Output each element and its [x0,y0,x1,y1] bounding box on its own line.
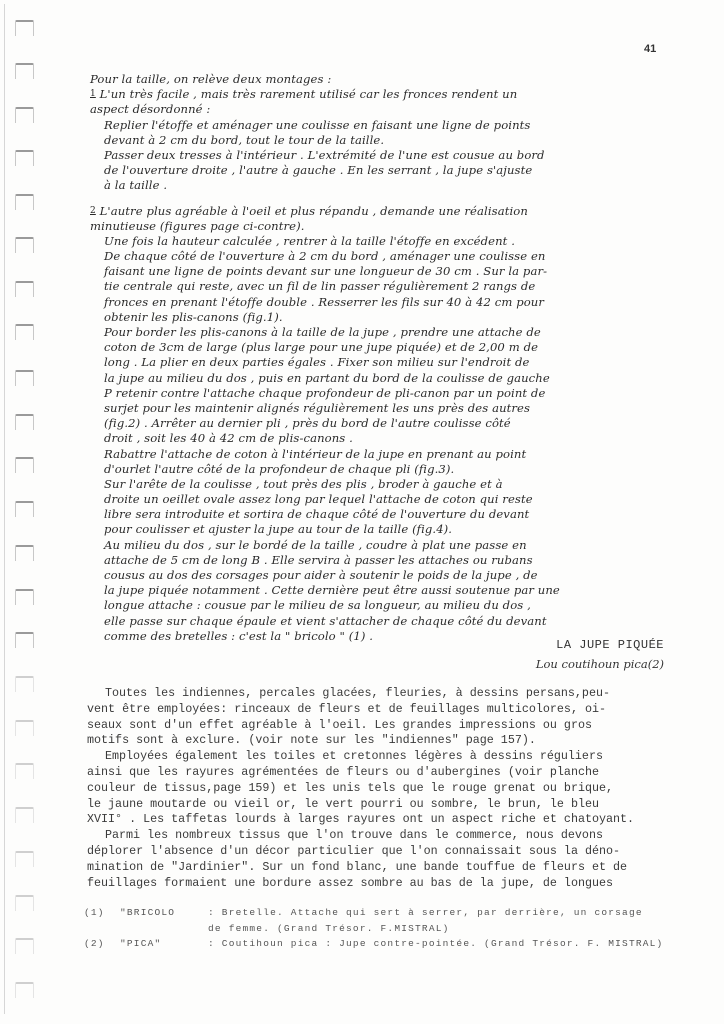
handwritten-line: Une fois la hauteur calculée , rentrer à… [90,234,670,249]
typed-line: déplorer l'absence d'un décor particulie… [87,844,687,860]
paragraph-gap [90,194,670,204]
line-text: Replier l'étoffe et aménager une couliss… [104,118,530,132]
line-text: attache de 5 cm de long B . Elle servira… [104,553,533,567]
binding-hole [15,938,34,954]
line-text: pour coulisser et ajuster la jupe au tou… [104,522,452,536]
binding-hole [15,237,34,253]
handwritten-line: Sur l'arête de la coulisse , tout près d… [90,477,670,492]
page-number: 41 [644,43,656,55]
line-text: Passer deux tresses à l'intérieur . L'ex… [104,148,545,162]
handwritten-line: elle passe sur chaque épaule et vient s'… [90,614,670,629]
line-text: faisant une ligne de points devant sur u… [104,264,547,278]
binding-hole [15,20,34,36]
handwritten-line: droit , soit les 40 à 42 cm de plis-cano… [90,431,670,446]
binding-hole [15,150,34,166]
list-number: 2 [90,206,96,216]
footnote-text: : Bretelle. Attache qui sert à serrer, p… [208,905,643,921]
line-text: elle passe sur chaque épaule et vient s'… [104,614,547,628]
handwritten-line: coton de 3cm de large (plus large pour u… [90,340,670,355]
typed-line: Parmi les nombreux tissus que l'on trouv… [87,828,687,844]
binding-hole [15,589,34,605]
typed-line: vent être employées: rinceaux de fleurs … [87,702,687,718]
handwritten-instructions: Pour la taille, on relève deux montages … [90,72,670,644]
footnote-term: "BRICOLO [120,905,208,921]
line-text: la jupe au milieu du dos , puis en parta… [104,371,550,385]
handwritten-line: libre sera introduite et sortira de chaq… [90,507,670,522]
line-text: longue attache : cousue par le milieu de… [104,598,531,612]
line-text: de l'ouverture droite , l'autre à gauche… [104,163,532,177]
line-text: fronces en prenant l'étoffe double . Res… [104,295,544,309]
typed-line: Employées également les toiles et creton… [87,749,687,765]
binding-hole [15,763,34,779]
line-text: cousus au dos des corsages pour aider à … [104,568,538,582]
line-text: Rabattre l'attache de coton à l'intérieu… [104,447,526,461]
handwritten-line: d'ourlet l'autre côté de la profondeur d… [90,462,670,477]
typed-line: seaux sont d'un effet agréable à l'oeil.… [87,718,687,734]
binding-hole [15,194,34,210]
handwritten-line: la jupe au milieu du dos , puis en parta… [90,371,670,386]
footnote: (1)"BRICOLO: Bretelle. Attache qui sert … [84,905,684,921]
line-text: aspect désordonné : [90,102,210,116]
footnote-term: "PICA" [120,936,208,952]
line-text: De chaque côté de l'ouverture à 2 cm du … [104,249,546,263]
binding-hole [15,63,34,79]
footnote-text: : Coutihoun pica : Jupe contre-pointée. … [208,936,663,952]
footnote-marker: (1) [84,905,120,921]
handwritten-line: Pour border les plis-canons à la taille … [90,325,670,340]
line-text: minutieuse (figures page ci-contre). [90,219,305,233]
line-text: Pour la taille, on relève deux montages … [90,72,331,86]
handwritten-line: Replier l'étoffe et aménager une couliss… [90,118,670,133]
handwritten-line: cousus au dos des corsages pour aider à … [90,568,670,583]
binding-hole [15,632,34,648]
line-text: P retenir contre l'attache chaque profon… [104,386,545,400]
binding-hole [15,281,34,297]
binding-hole [15,851,34,867]
handwritten-line: à la taille . [90,178,670,193]
line-text: (fig.2) . Arrêter au dernier pli , près … [104,416,511,430]
footnote-marker: (2) [84,936,120,952]
handwritten-line: attache de 5 cm de long B . Elle servira… [90,553,670,568]
binding-hole [15,324,34,340]
list-number: 1 [90,89,96,99]
binding-hole [15,720,34,736]
handwritten-line: droite un oeillet ovale assez long par l… [90,492,670,507]
typed-body-text: Toutes les indiennes, percales glacées, … [87,686,687,891]
typed-line: mination de "Jardinier". Sur un fond bla… [87,860,687,876]
binding-hole [15,414,34,430]
line-text: Sur l'arête de la coulisse , tout près d… [104,477,503,491]
handwritten-line: P retenir contre l'attache chaque profon… [90,386,670,401]
line-text: devant à 2 cm du bord, tout le tour de l… [104,133,384,147]
handwritten-line: tie centrale qui reste, avec un fil de l… [90,279,670,294]
line-text: à la taille . [104,178,167,192]
typed-line: feuillages formaient une bordure assez s… [87,876,687,892]
handwritten-line: Au milieu du dos , sur le bordé de la ta… [90,538,670,553]
handwritten-line: 1 L'un très facile , mais très rarement … [90,87,670,102]
handwritten-line: minutieuse (figures page ci-contre). [90,219,670,234]
line-text: Une fois la hauteur calculée , rentrer à… [104,234,515,248]
handwritten-line: longue attache : cousue par le milieu de… [90,598,670,613]
binding-hole [15,895,34,911]
handwritten-line: long . La plier en deux parties égales .… [90,355,670,370]
footnote-continuation: de femme. (Grand Trésor. F.MISTRAL) [84,921,684,937]
typed-line: ainsi que les rayures agrémentées de fle… [87,765,687,781]
section-title: LA JUPE PIQUÉE [556,638,664,652]
binding-hole [15,545,34,561]
typed-line: motifs sont à exclure. (voir note sur le… [87,733,687,749]
footnotes: (1)"BRICOLO: Bretelle. Attache qui sert … [84,905,684,952]
binding-hole [15,982,34,998]
footnote: (2)"PICA": Coutihoun pica : Jupe contre-… [84,936,684,952]
line-text: coton de 3cm de large (plus large pour u… [104,340,538,354]
handwritten-line: devant à 2 cm du bord, tout le tour de l… [90,133,670,148]
handwritten-line: la jupe piquée notamment . Cette dernièr… [90,583,670,598]
line-text: tie centrale qui reste, avec un fil de l… [104,279,535,293]
typed-line: XVII° . Les taffetas lourds à larges ray… [87,812,687,828]
handwritten-line: De chaque côté de l'ouverture à 2 cm du … [90,249,670,264]
handwritten-line: pour coulisser et ajuster la jupe au tou… [90,522,670,537]
binding-hole [15,501,34,517]
handwritten-line: aspect désordonné : [90,102,670,117]
handwritten-line: fronces en prenant l'étoffe double . Res… [90,295,670,310]
line-text: Au milieu du dos , sur le bordé de la ta… [104,538,527,552]
line-text: Pour border les plis-canons à la taille … [104,325,541,339]
handwritten-line: Pour la taille, on relève deux montages … [90,72,670,87]
typed-line: Toutes les indiennes, percales glacées, … [87,686,687,702]
line-text: long . La plier en deux parties égales .… [104,355,530,369]
handwritten-line: 2 L'autre plus agréable à l'oeil et plus… [90,204,670,219]
binding-hole [15,107,34,123]
line-text: obtenir les plis-canons (fig.1). [104,310,283,324]
handwritten-line: de l'ouverture droite , l'autre à gauche… [90,163,670,178]
binding-hole [15,676,34,692]
section-subtitle: Lou coutihoun pica(2) [536,657,664,671]
line-text: d'ourlet l'autre côté de la profondeur d… [104,462,454,476]
line-text: droit , soit les 40 à 42 cm de plis-cano… [104,431,353,445]
handwritten-line: faisant une ligne de points devant sur u… [90,264,670,279]
binding-hole [15,370,34,386]
handwritten-line: (fig.2) . Arrêter au dernier pli , près … [90,416,670,431]
binding-edge [4,4,5,1014]
binding-hole [15,807,34,823]
handwritten-line: obtenir les plis-canons (fig.1). [90,310,670,325]
line-text: L'autre plus agréable à l'oeil et plus r… [100,204,528,218]
handwritten-line: Rabattre l'attache de coton à l'intérieu… [90,447,670,462]
line-text: L'un très facile , mais très rarement ut… [100,87,518,101]
binding-hole [15,457,34,473]
typed-line: le jaune moutarde ou vieil or, le vert p… [87,797,687,813]
handwritten-line: surjet pour les maintenir alignés réguli… [90,401,670,416]
line-text: comme des bretelles : c'est la " bricolo… [104,629,373,643]
typed-line: couleur de tissus,page 159) et les unis … [87,781,687,797]
line-text: la jupe piquée notamment . Cette dernièr… [104,583,560,597]
handwritten-line: Passer deux tresses à l'intérieur . L'ex… [90,148,670,163]
line-text: libre sera introduite et sortira de chaq… [104,507,529,521]
line-text: droite un oeillet ovale assez long par l… [104,492,533,506]
line-text: surjet pour les maintenir alignés réguli… [104,401,530,415]
document-page: 41 Pour la taille, on relève deux montag… [0,0,724,1024]
